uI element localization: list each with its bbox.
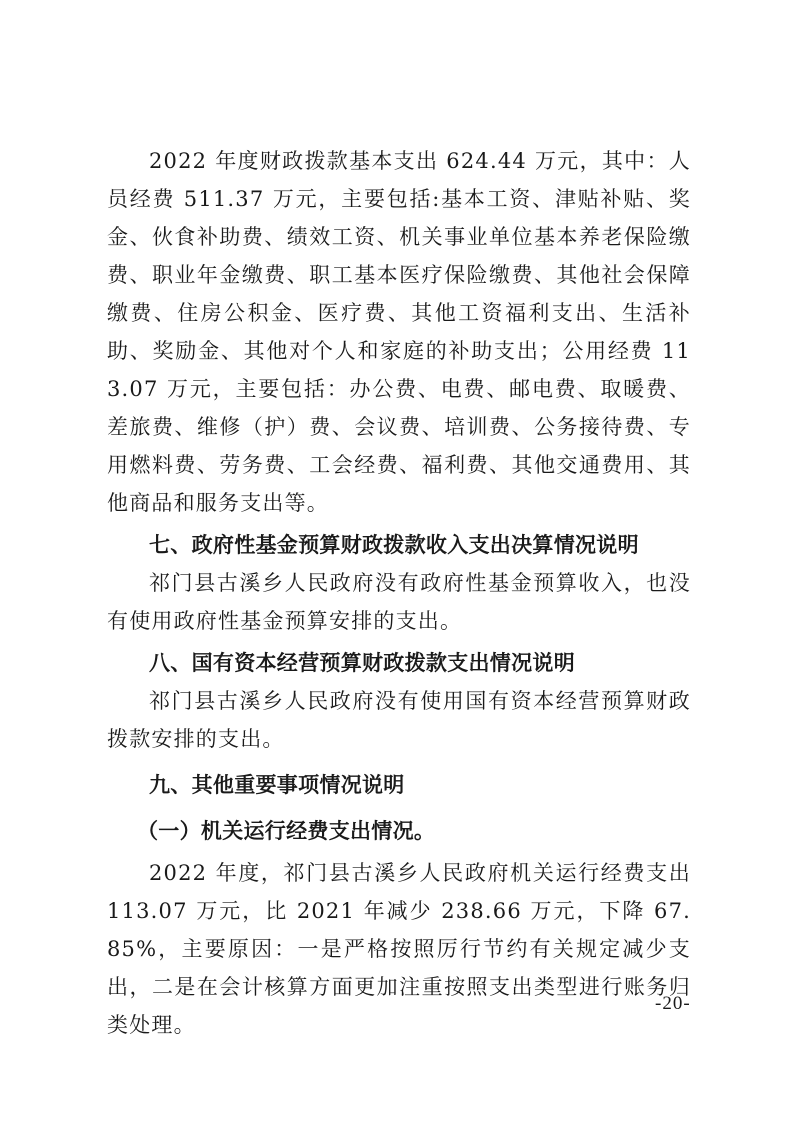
paragraph-operating-expenses: 2022 年度，祁门县古溪乡人民政府机关运行经费支出 113.07 万元，比 2… bbox=[107, 854, 691, 1044]
document-page: 2022 年度财政拨款基本支出 624.44 万元，其中：人员经费 511.37… bbox=[107, 142, 691, 1044]
page-number: -20- bbox=[655, 993, 691, 1015]
paragraph-state-capital: 祁门县古溪乡人民政府没有使用国有资本经营预算财政拨款安排的支出。 bbox=[107, 682, 691, 758]
section-heading-government-fund: 七、政府性基金预算财政拨款收入支出决算情况说明 bbox=[107, 526, 691, 564]
section-heading-state-capital: 八、国有资本经营预算财政拨款支出情况说明 bbox=[107, 644, 691, 682]
subheading-operating-expenses: （一）机关运行经费支出情况。 bbox=[107, 812, 691, 850]
paragraph-government-fund: 祁门县古溪乡人民政府没有政府性基金预算收入，也没有使用政府性基金预算安排的支出。 bbox=[107, 564, 691, 640]
section-heading-other-matters: 九、其他重要事项情况说明 bbox=[107, 766, 691, 804]
paragraph-basic-expenditure: 2022 年度财政拨款基本支出 624.44 万元，其中：人员经费 511.37… bbox=[107, 142, 691, 522]
